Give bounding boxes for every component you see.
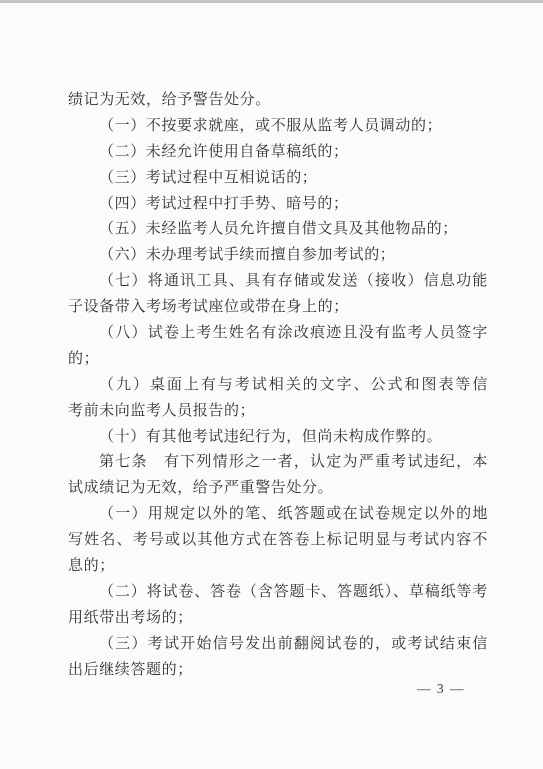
- text-line: （二）未经允许使用自备草稿纸的；: [68, 140, 488, 166]
- document-body: 绩记为无效，给予警告处分。 （一）不按要求就座，或不服从监考人员调动的； （二）…: [68, 88, 488, 683]
- text-line: （二）将试卷、答卷（含答题卡、答题纸）、草稿纸等考试: [68, 580, 488, 606]
- text-line: （八）试卷上考生姓名有涂改痕迹且没有监考人员签字确认: [68, 321, 488, 347]
- text-line: （六）未办理考试手续而擅自参加考试的；: [68, 243, 488, 269]
- document-page: 绩记为无效，给予警告处分。 （一）不按要求就座，或不服从监考人员调动的； （二）…: [0, 0, 543, 769]
- scan-edge-line: [0, 0, 543, 3]
- text-line: （三）考试过程中互相说话的；: [68, 166, 488, 192]
- text-line: 试成绩记为无效，给予严重警告处分。: [68, 476, 488, 502]
- text-line: 息的；: [68, 554, 488, 580]
- page-number: — 3 —: [417, 681, 465, 697]
- text-line: 子设备带入考场考试座位或带在身上的；: [68, 295, 488, 321]
- text-line: 考前未向监考人员报告的；: [68, 399, 488, 425]
- text-line: 第七条 有下列情形之一者，认定为严重考试违纪，本次考: [68, 450, 488, 476]
- text-line: 写姓名、考号或以其他方式在答卷上标记明显与考试内容不符信: [68, 528, 488, 554]
- text-line: （一）不按要求就座，或不服从监考人员调动的；: [68, 114, 488, 140]
- text-line: （三）考试开始信号发出前翻阅试卷的，或考试结束信号发: [68, 632, 488, 658]
- text-line: （七）将通讯工具、具有存储或发送（接收）信息功能的电: [68, 269, 488, 295]
- text-line: 的；: [68, 347, 488, 373]
- text-line: （五）未经监考人员允许擅自借文具及其他物品的；: [68, 217, 488, 243]
- text-line: 绩记为无效，给予警告处分。: [68, 88, 488, 114]
- text-line: （十）有其他考试违纪行为，但尚未构成作弊的。: [68, 425, 488, 451]
- text-line: 用纸带出考场的；: [68, 606, 488, 632]
- text-line: （四）考试过程中打手势、暗号的；: [68, 192, 488, 218]
- text-line: （九）桌面上有与考试相关的文字、公式和图表等信息，且: [68, 373, 488, 399]
- text-line: 出后继续答题的；: [68, 658, 488, 684]
- text-line: （一）用规定以外的笔、纸答题或在试卷规定以外的地方书: [68, 502, 488, 528]
